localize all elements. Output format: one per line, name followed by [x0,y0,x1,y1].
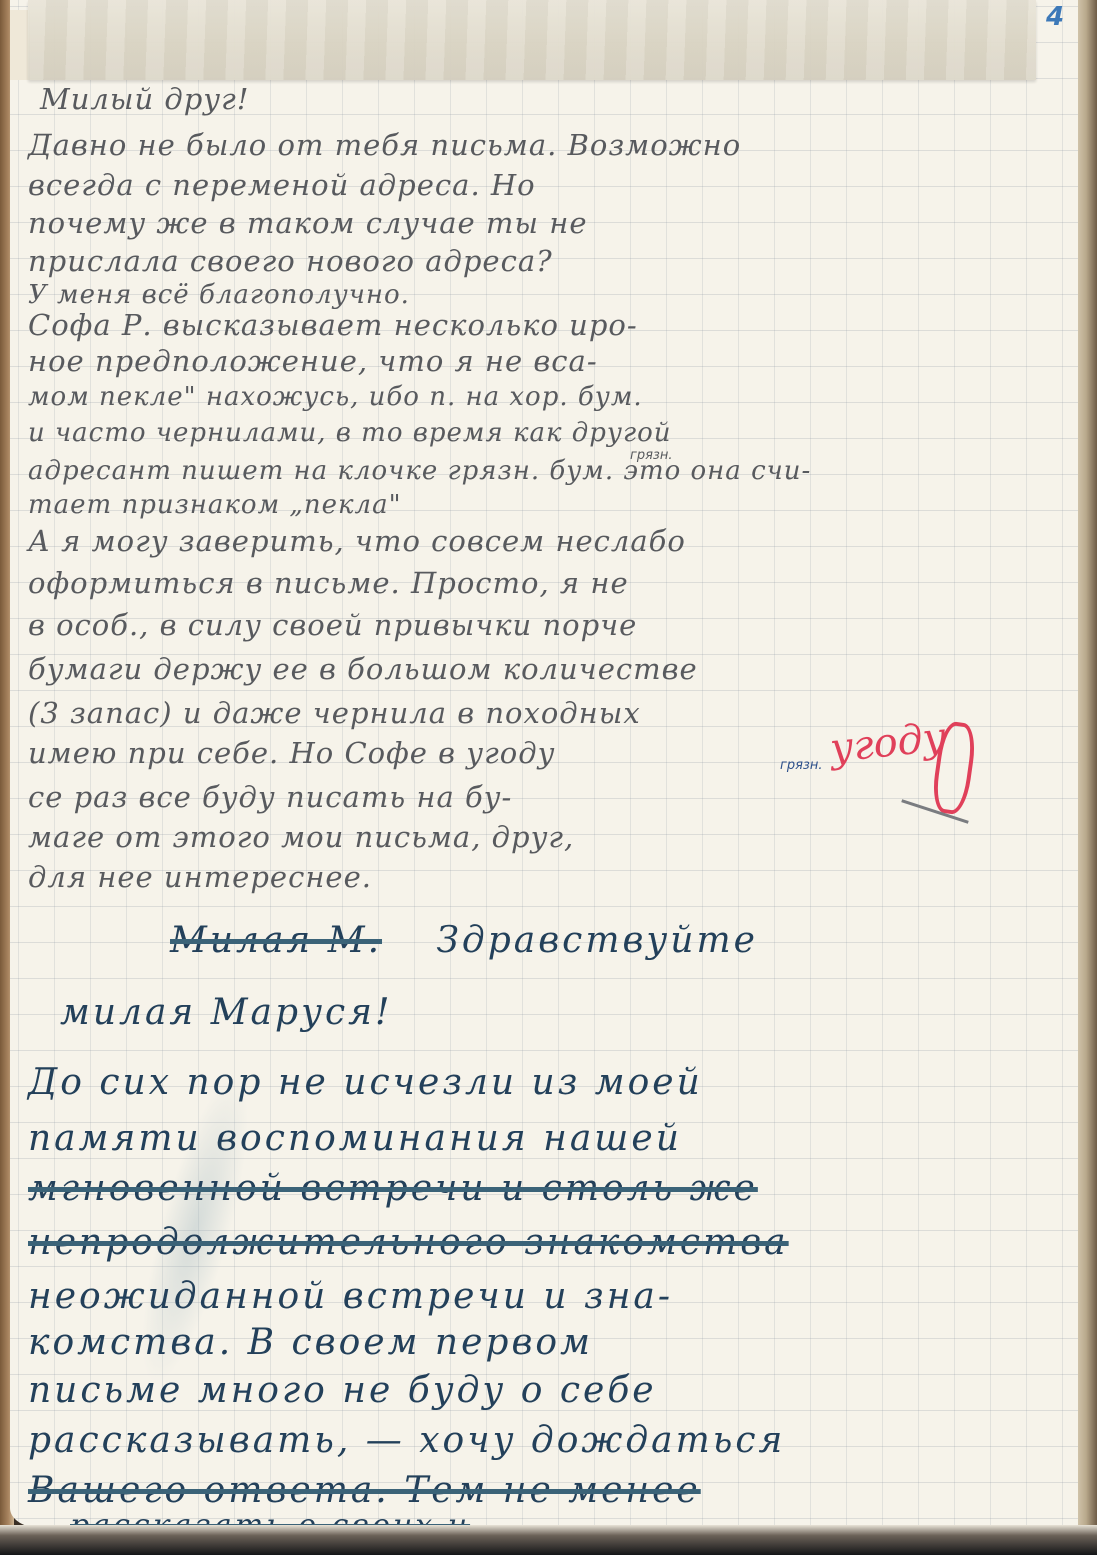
scanned-page: 4 Милый друг! Давно не было от тебя пись… [0,0,1097,1555]
struck-text-line: Вашего ответа. Тем не менее [28,1470,701,1511]
struck-text-line: мгновенной встречи и столь же [28,1168,758,1209]
text-line: прислала своего нового адреса? [28,244,553,278]
greeting-line: Милая М. Здравствуйте [170,920,758,961]
interlinear-note-blue: грязн. [780,758,822,773]
text-line: всегда с переменой адреса. Но [28,168,536,202]
text-line: памяти воспоминания нашей [28,1118,682,1159]
text-line: рассказывать, — хочу дождаться [28,1420,785,1461]
tissue-paper-overlay [28,0,1036,80]
salutation: Милый друг! [40,82,249,116]
text-line: неожиданной встречи и зна- [28,1276,673,1317]
text-line: для нее интереснее. [28,860,372,894]
struck-text-line: непродолжительного знакомства [28,1222,789,1263]
text-line: почему же в таком случае ты не [28,206,588,240]
right-binding-edge [1075,0,1097,1555]
corner-fold [10,10,30,80]
text-line: се раз все буду писать на бу- [28,780,512,814]
text-line: тает признаком „пекла" [28,490,402,520]
greeting-name: милая Маруся! [60,992,392,1033]
text-line: оформиться в письме. Просто, я не [28,566,629,600]
greeting: Здравствуйте [436,920,757,961]
text-line: (3 запас) и даже чернила в походных [28,696,641,730]
text-line: А я могу заверить, что совсем неслабо [28,524,686,558]
text-line: мом пекле" нахожусь, ибо п. на хор. бум. [28,382,643,412]
text-line: комства. В своем первом [28,1322,593,1363]
struck-greeting: Милая М. [170,920,382,961]
page-number: 4 [1046,2,1064,32]
text-line: и часто чернилами, в то время как другой [28,418,672,448]
text-line: письме много не буду о себе [28,1370,657,1411]
text-line: адресант пишет на клочке грязн. бум. это… [28,456,811,486]
bottom-edge-shadow [0,1525,1097,1555]
text-line: Софа Р. высказывает несколько иро- [28,308,638,342]
text-line: имею при себе. Но Софе в угоду [28,736,555,770]
text-line: До сих пор не исчезли из моей [28,1062,703,1103]
text-line: в особ., в силу своей привычки порче [28,608,637,642]
text-line: бумаги держу ее в большом количестве [28,652,698,686]
text-line: Давно не было от тебя письма. Возможно [28,128,741,162]
text-line: У меня всё благополучно. [28,280,410,310]
text-line: маге от этого мои письма, друг, [28,820,574,854]
text-line: ное предположение, что я не вса- [28,344,598,378]
